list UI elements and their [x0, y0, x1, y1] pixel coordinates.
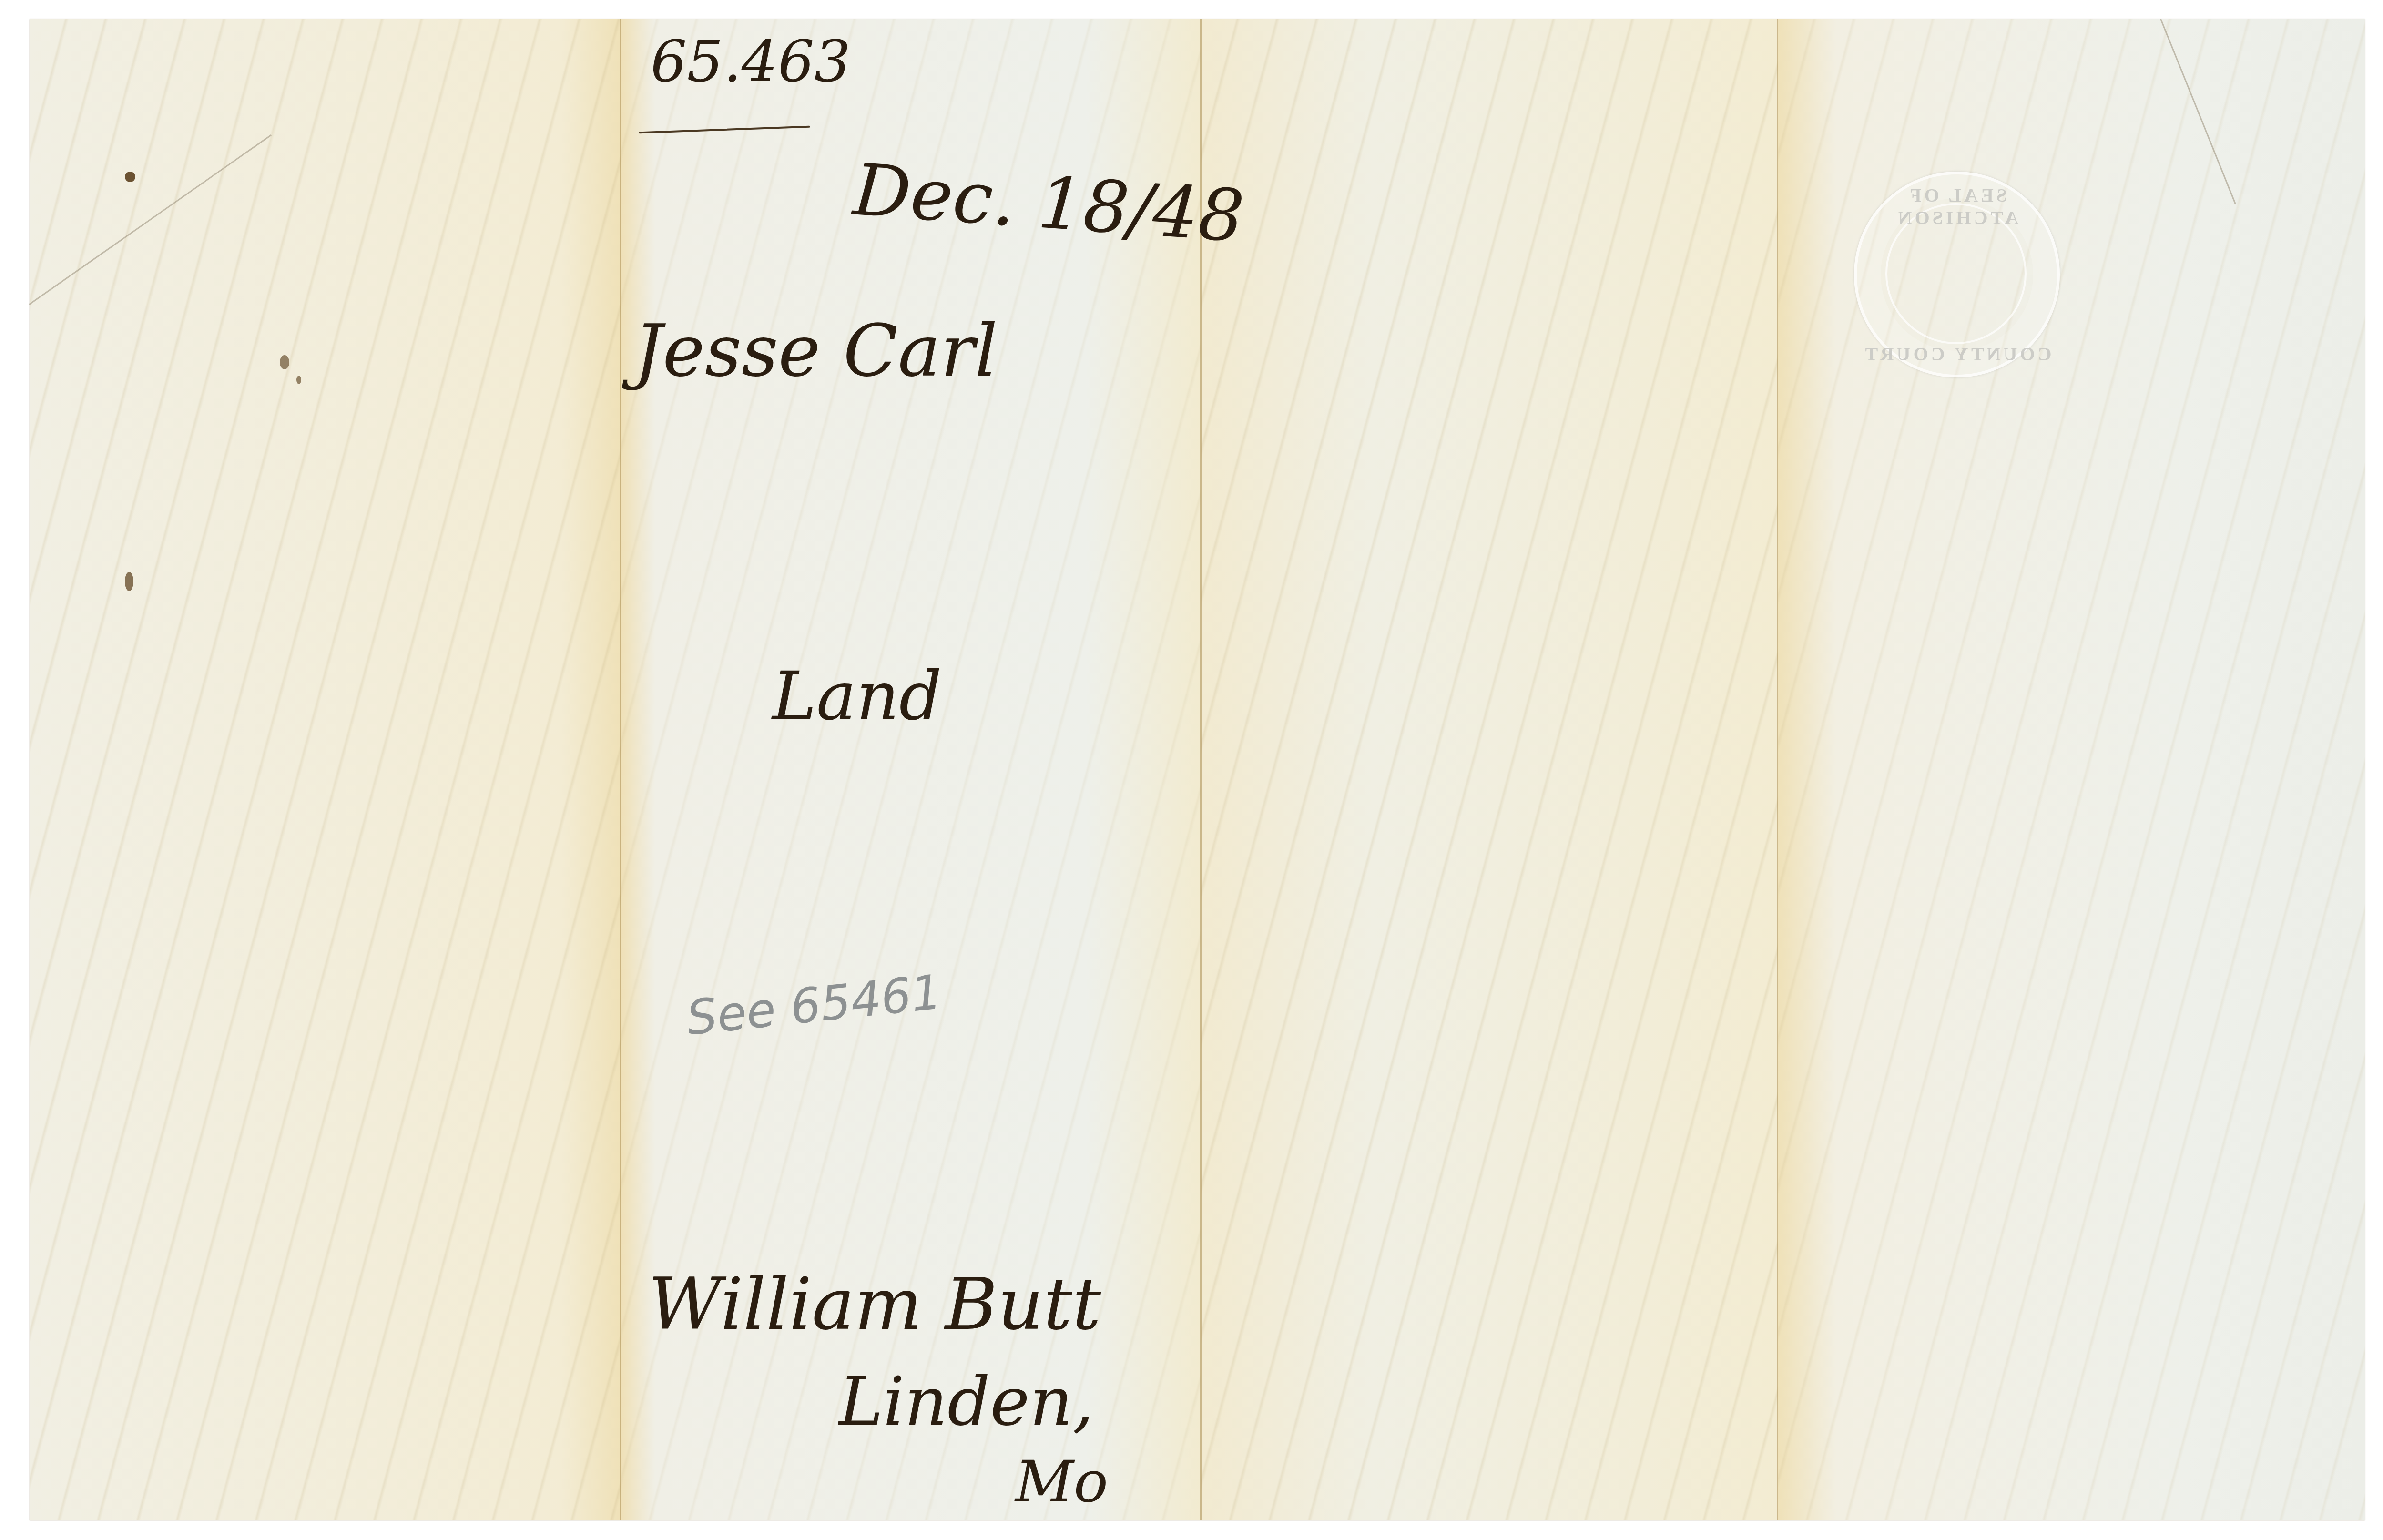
- place-line-2: Mo: [1015, 1449, 1108, 1515]
- fold-line: [1777, 19, 1778, 1520]
- seal-bottom-text: COUNTY COURT: [1857, 343, 2057, 365]
- ink-stain: [296, 376, 301, 384]
- file-number: 65.463: [651, 29, 851, 95]
- embossed-court-seal: SEAL OF ATCHISON COUNTY COURT: [1854, 172, 2060, 377]
- bleed-through-text: [1201, 19, 1778, 1520]
- ink-stain: [125, 572, 133, 591]
- panel-3: [1201, 19, 1778, 1520]
- ink-stain: [125, 172, 135, 182]
- place-line-1: Linden,: [839, 1363, 1094, 1441]
- bleed-through-text: [30, 19, 621, 1520]
- subject-label: Land: [772, 658, 942, 735]
- signatory-name: William Butt: [648, 1263, 1101, 1346]
- fold-line: [620, 19, 621, 1520]
- party-name: Jesse Carl: [634, 310, 998, 393]
- ink-stain: [280, 355, 289, 369]
- panel-1: [30, 19, 621, 1520]
- seal-top-text: SEAL OF ATCHISON: [1857, 184, 2057, 229]
